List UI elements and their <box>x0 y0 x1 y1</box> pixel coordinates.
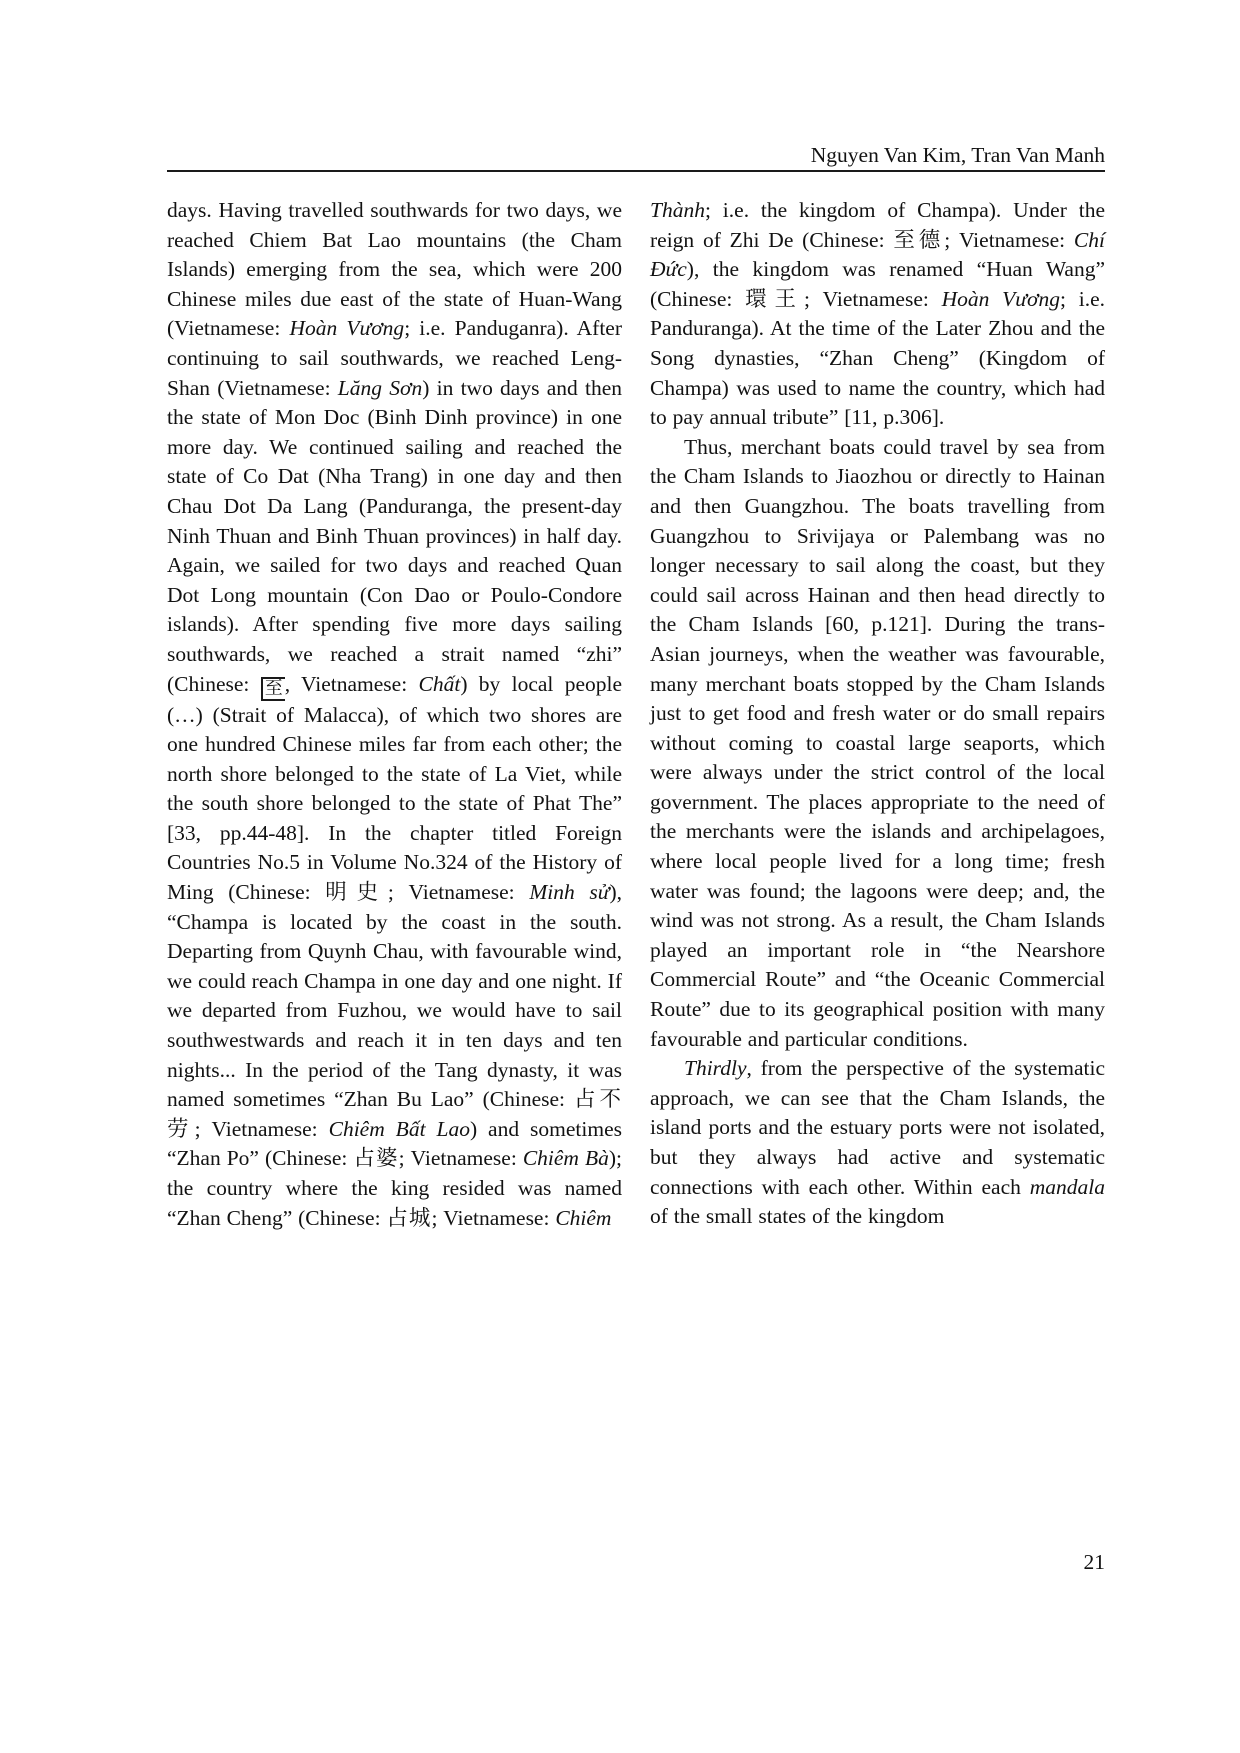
page-number: 21 <box>1084 1550 1106 1575</box>
boxed-cjk-character: 至 <box>261 677 285 701</box>
header-rule <box>167 170 1105 172</box>
header-authors: Nguyen Van Kim, Tran Van Manh <box>167 143 1105 168</box>
text-columns: days. Having travelled southwards for tw… <box>167 196 1105 1233</box>
paragraph: days. Having travelled southwards for tw… <box>167 196 622 1233</box>
paragraph: Thirdly, from the perspective of the sys… <box>650 1054 1105 1232</box>
page: Nguyen Van Kim, Tran Van Manh days. Havi… <box>0 0 1240 1753</box>
paragraph: Thus, merchant boats could travel by sea… <box>650 433 1105 1054</box>
left-column: days. Having travelled southwards for tw… <box>167 196 622 1233</box>
paragraph: Thành; i.e. the kingdom of Champa). Unde… <box>650 196 1105 433</box>
right-column: Thành; i.e. the kingdom of Champa). Unde… <box>650 196 1105 1233</box>
